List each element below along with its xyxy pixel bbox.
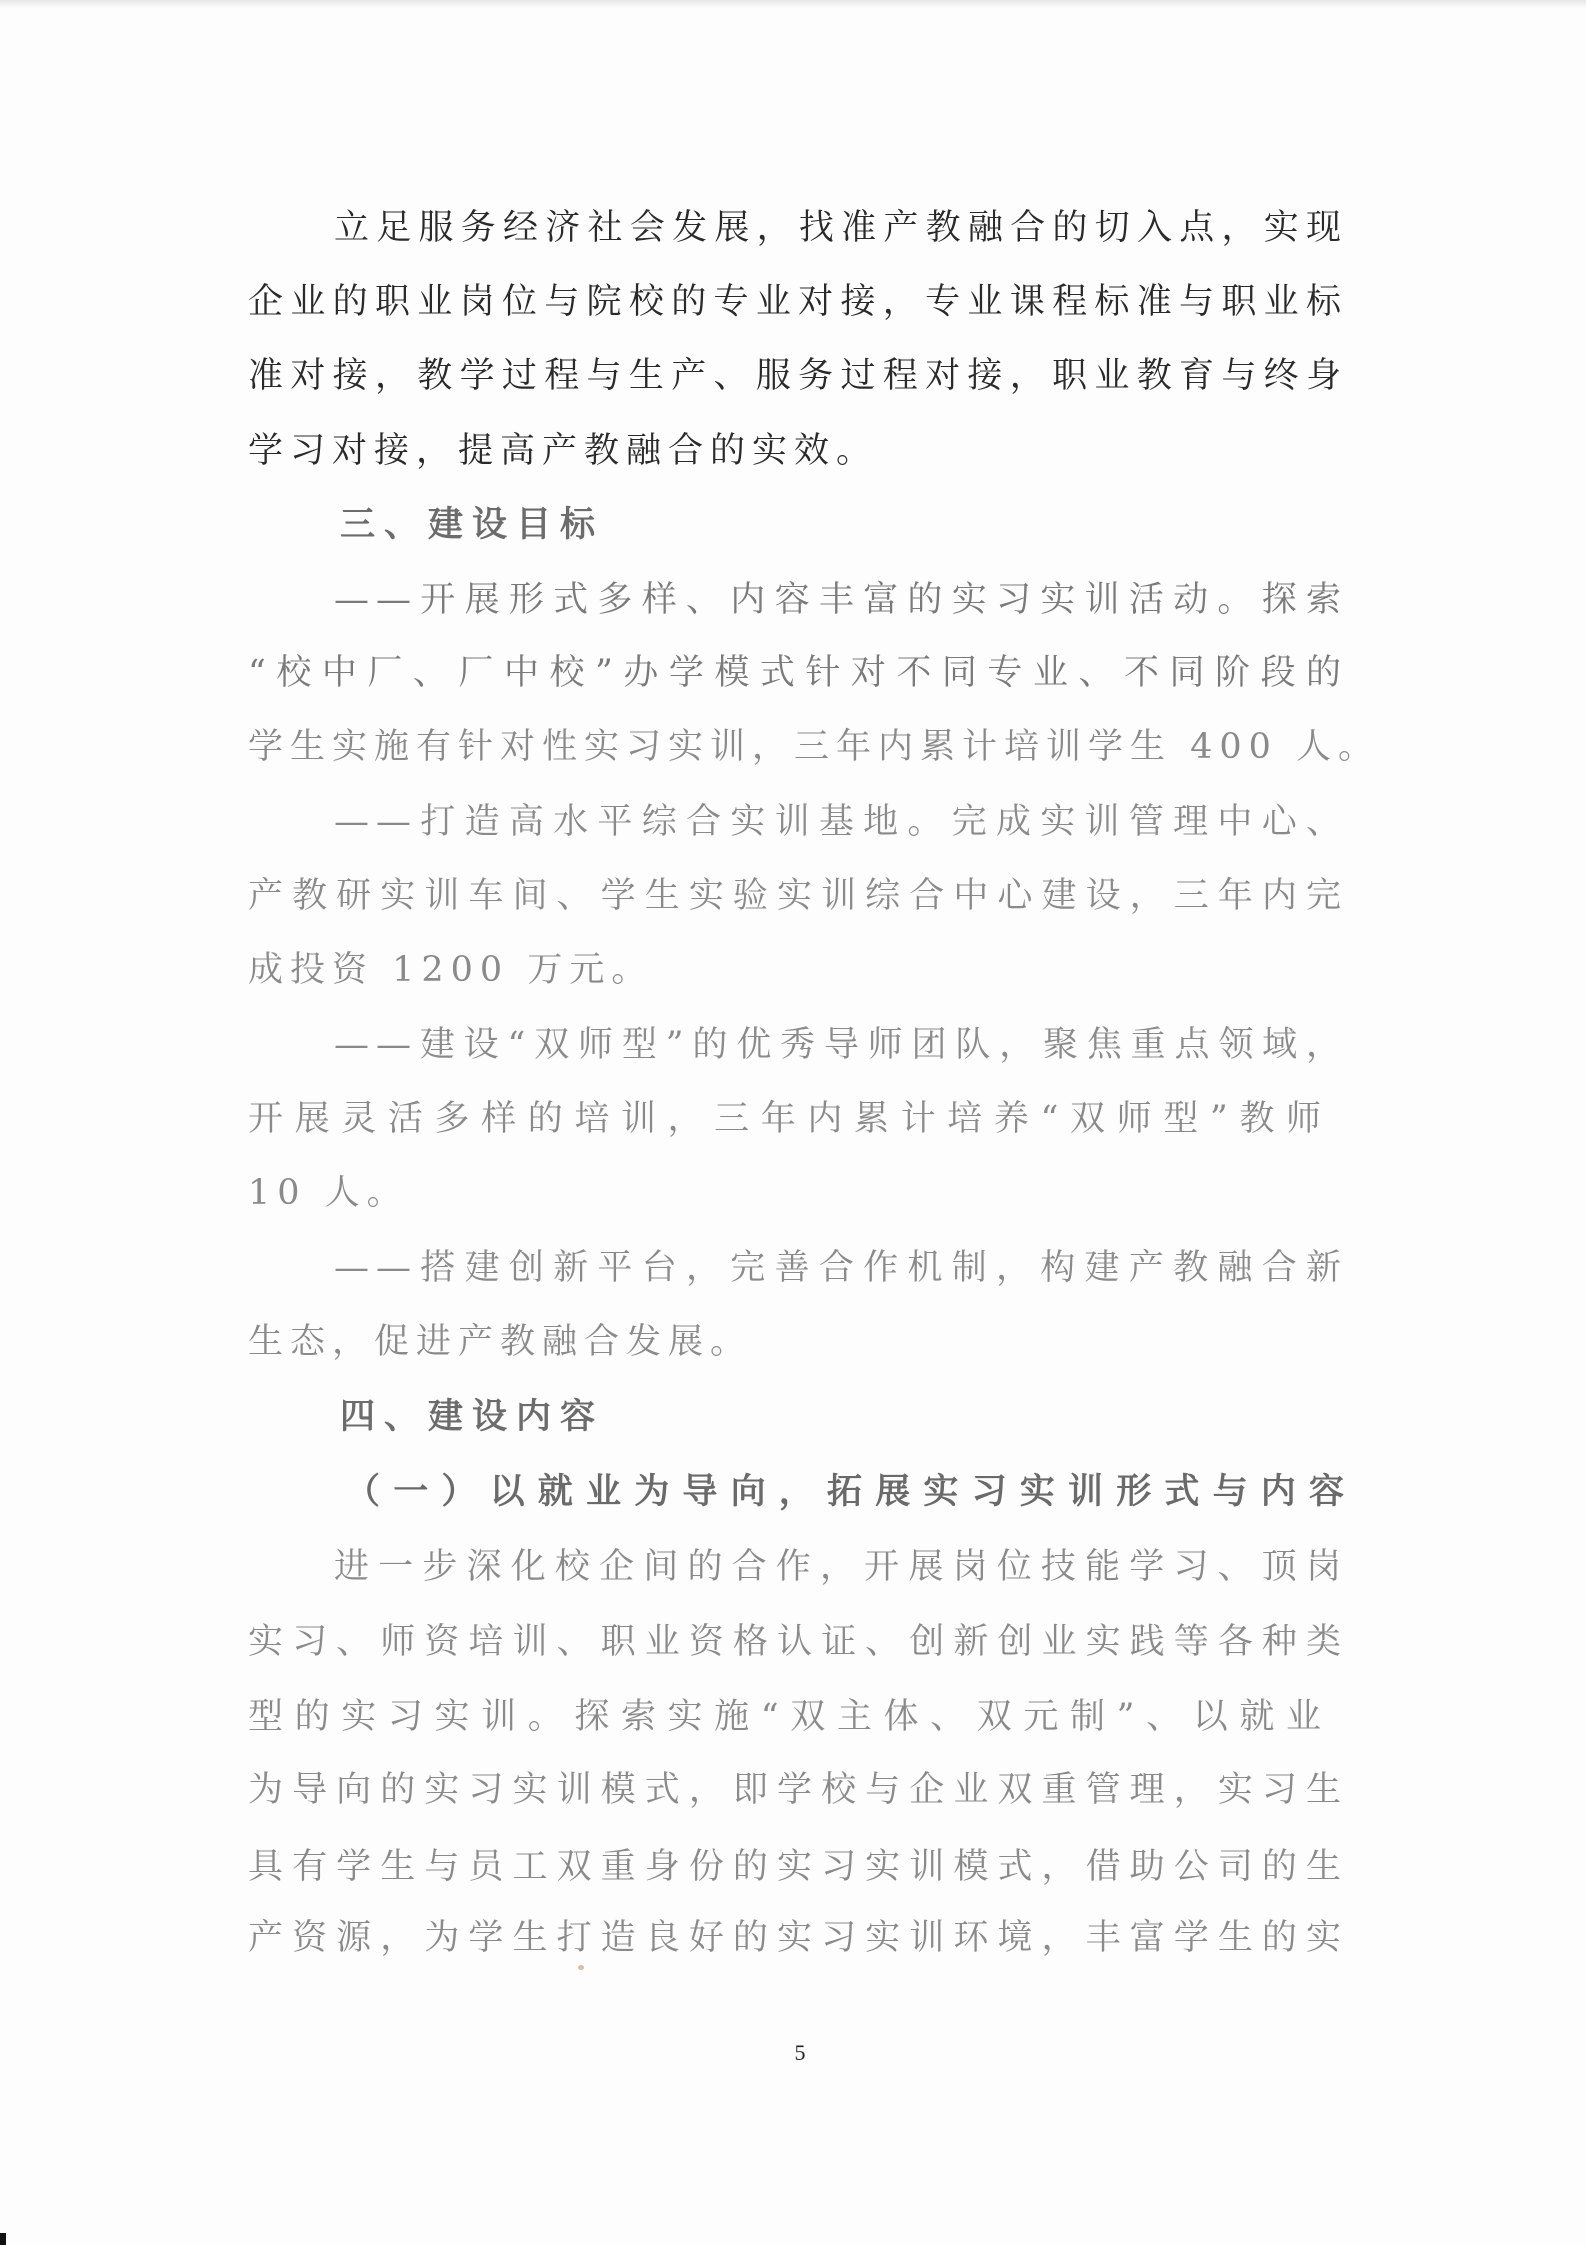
paragraph-line: 型的实习实训。探索实施“双主体、双元制”、以就业 [248, 1692, 1328, 1742]
paragraph-line: 产资源，为学生打造良好的实习实训环境，丰富学生的实 [248, 1913, 1348, 1963]
section-heading-goals: 三、建设目标 [340, 500, 604, 550]
paragraph-line: ——开展形式多样、内容丰富的实习实训活动。探索 [334, 575, 1348, 625]
paragraph-line: 企业的职业岗位与院校的专业对接，专业课程标准与职业标 [248, 277, 1348, 327]
scan-speck [578, 1965, 584, 1970]
paragraph-line: 进一步深化校企间的合作，开展岗位技能学习、顶岗 [334, 1542, 1348, 1592]
paragraph-line: “校中厂、厂中校”办学模式针对不同专业、不同阶段的 [248, 648, 1348, 698]
paragraph-line: 为导向的实习实训模式，即学校与企业双重管理，实习生 [248, 1765, 1348, 1815]
paragraph-line: 10 人。 [248, 1168, 1348, 1218]
paragraph-line: 产教研实训车间、学生实验实训综合中心建设，三年内完 [248, 871, 1348, 921]
paragraph-line: 准对接，教学过程与生产、服务过程对接，职业教育与终身 [248, 351, 1348, 401]
paragraph-line: ——搭建创新平台，完善合作机制，构建产教融合新 [334, 1243, 1348, 1293]
paragraph-line: ——打造高水平综合实训基地。完成实训管理中心、 [334, 797, 1348, 847]
document-page: 立足服务经济社会发展，找准产教融合的切入点，实现 企业的职业岗位与院校的专业对接… [0, 0, 1586, 2245]
paragraph-line: 实习、师资培训、职业资格认证、创新创业实践等各种类 [248, 1617, 1348, 1667]
paragraph-line: 立足服务经济社会发展，找准产教融合的切入点，实现 [334, 203, 1348, 253]
scan-corner-mark [0, 2233, 6, 2245]
paragraph-line: 生态，促进产教融合发展。 [248, 1317, 1348, 1367]
section-heading-content: 四、建设内容 [340, 1392, 604, 1442]
paragraph-line: 具有学生与员工双重身份的实习实训模式，借助公司的生 [248, 1842, 1348, 1892]
paragraph-line: 开展灵活多样的培训，三年内累计培养“双师型”教师 [248, 1094, 1328, 1144]
page-number: 5 [790, 2040, 810, 2066]
paragraph-line: 成投资 1200 万元。 [248, 945, 1348, 995]
paragraph-line: 学习对接，提高产教融合的实效。 [248, 426, 1348, 476]
paragraph-line: ——建设“双师型”的优秀导师团队，聚焦重点领域， [334, 1020, 1348, 1070]
subsection-heading: （一）以就业为导向，拓展实习实训形式与内容 [345, 1467, 1350, 1517]
paragraph-line: 学生实施有针对性实习实训，三年内累计培训学生 400 人。 [248, 722, 1373, 772]
